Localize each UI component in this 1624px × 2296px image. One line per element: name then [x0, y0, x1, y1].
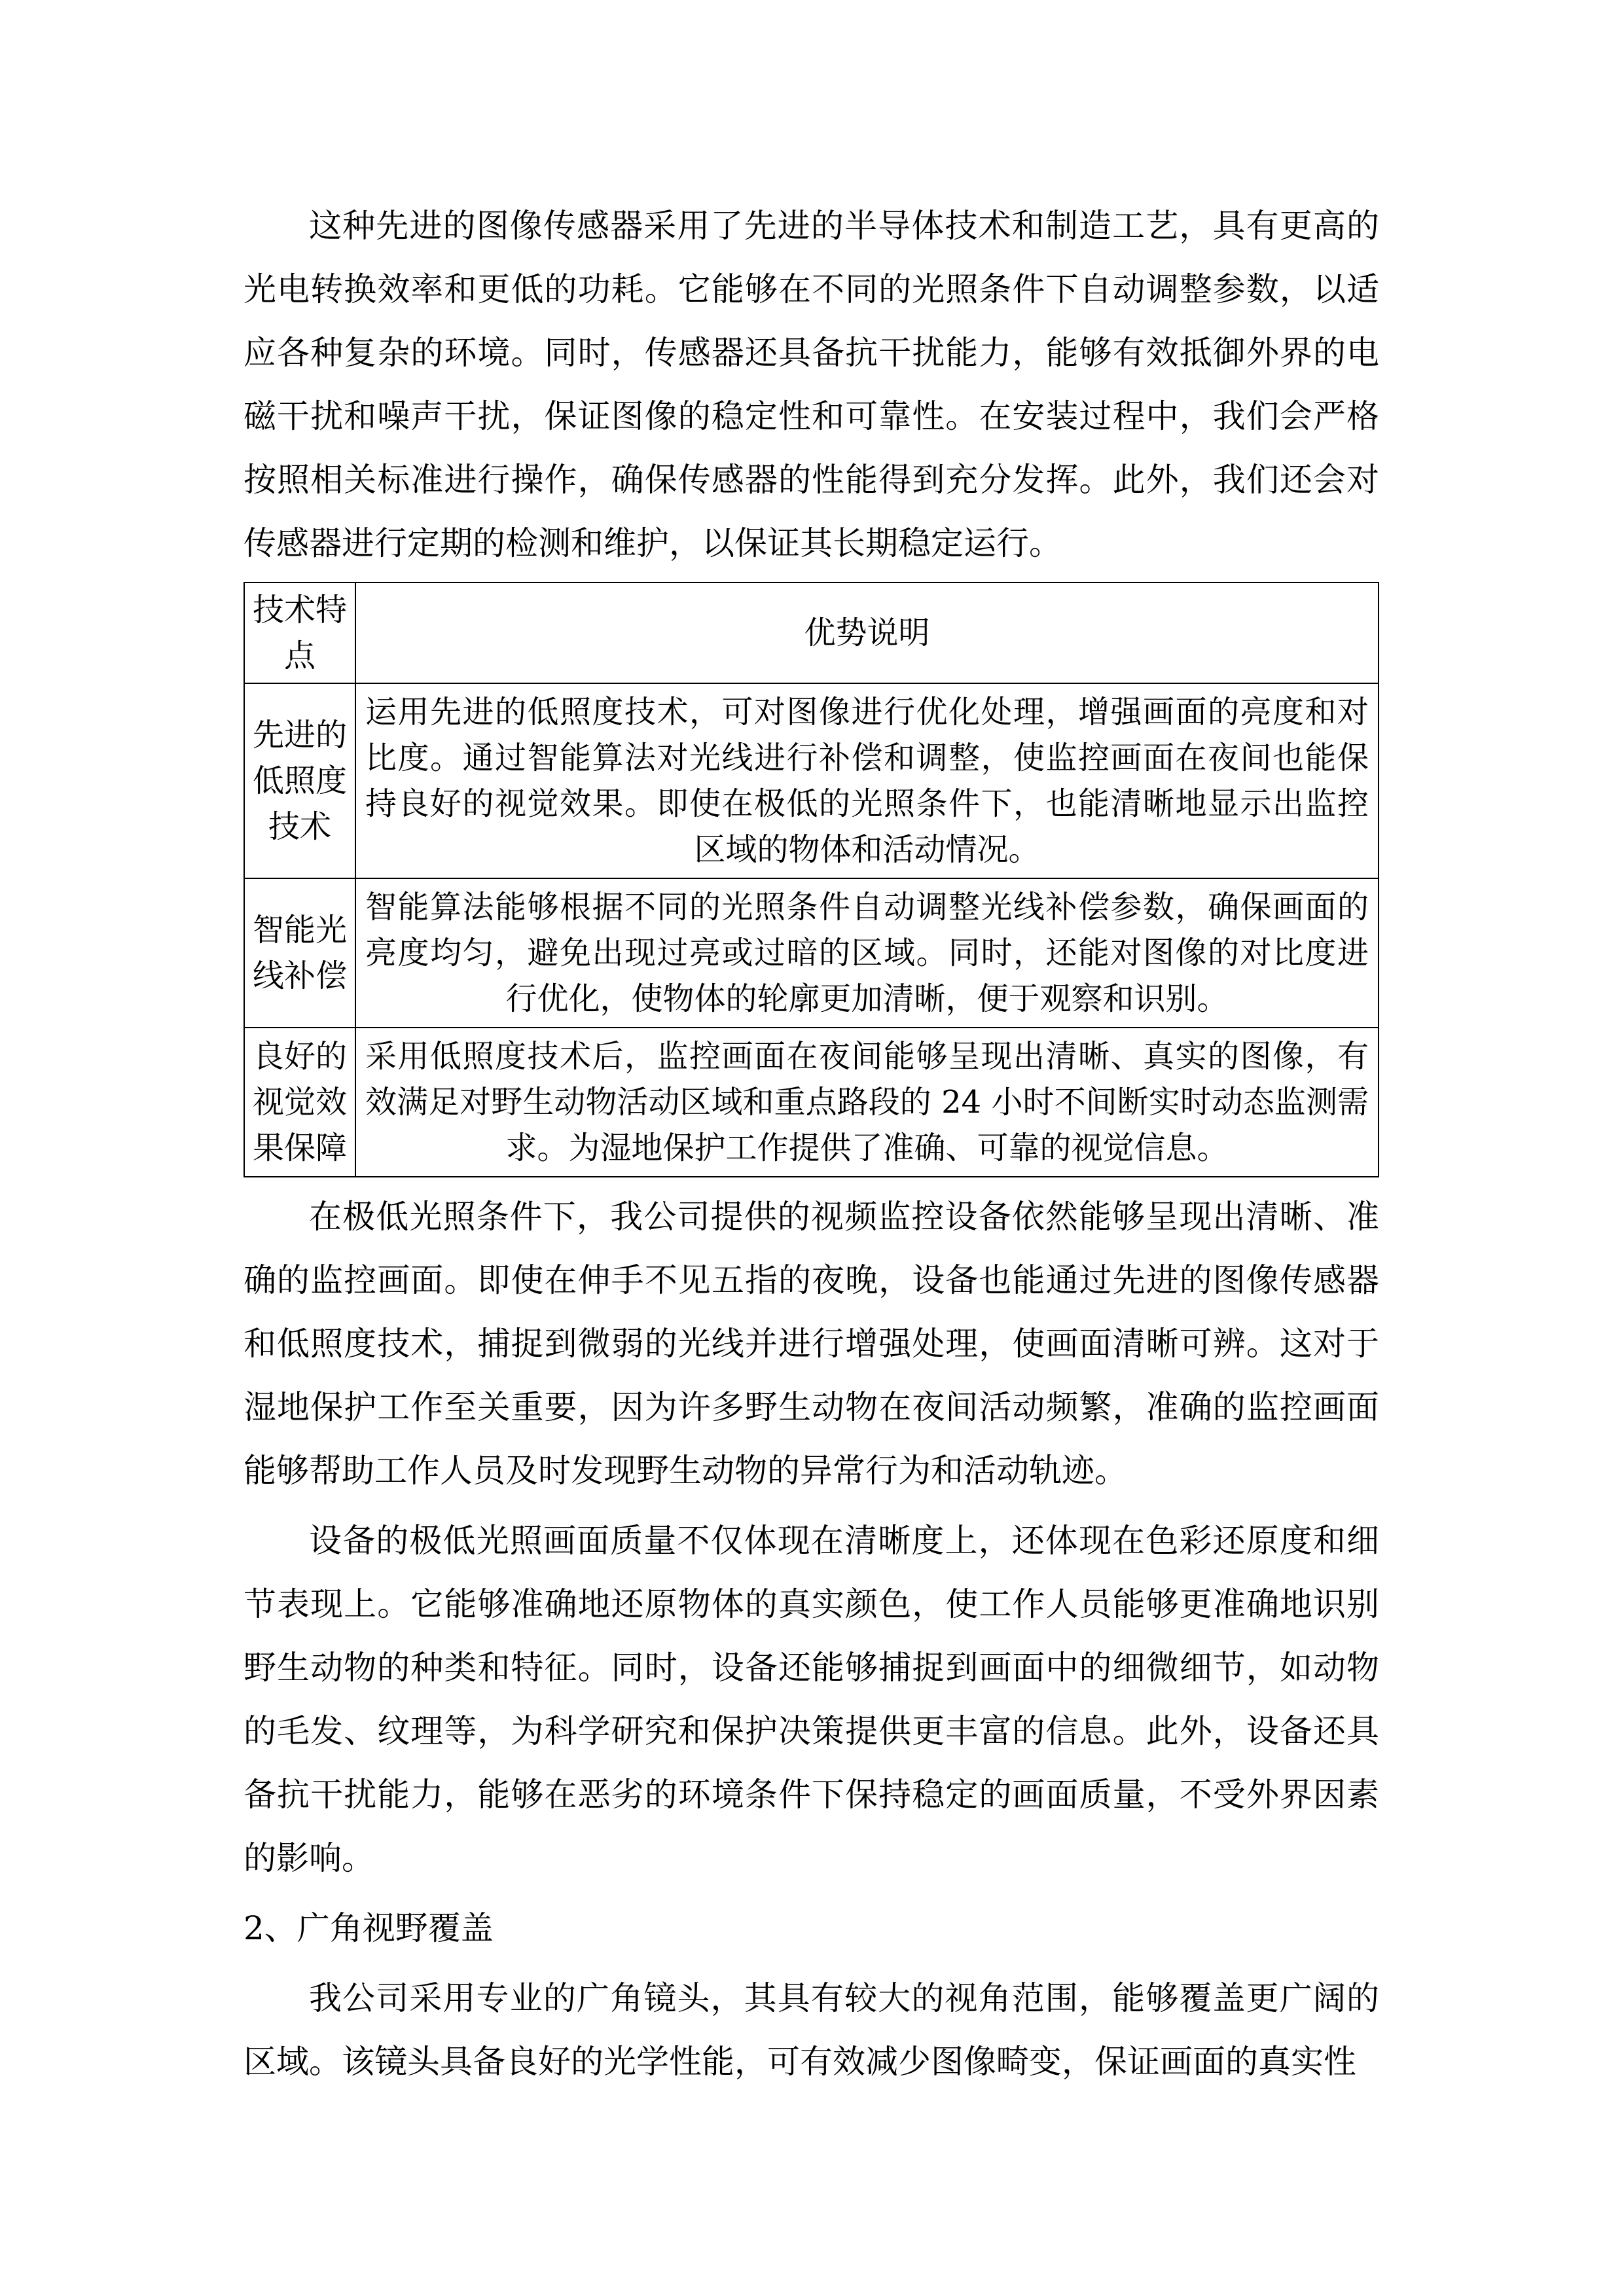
table-header-feature: 技术特点: [244, 583, 355, 683]
table-row: 先进的低照度技术 运用先进的低照度技术，可对图像进行优化处理，增强画面的亮度和对…: [244, 683, 1379, 878]
document-page: 这种先进的图像传感器采用了先进的半导体技术和制造工艺，具有更高的光电转换效率和更…: [244, 194, 1379, 2100]
feature-cell-smart-light-compensation: 智能光线补偿: [244, 878, 355, 1028]
section-heading-wide-angle: 2、广角视野覆盖: [244, 1897, 1379, 1960]
features-advantages-table: 技术特点 优势说明 先进的低照度技术 运用先进的低照度技术，可对图像进行优化处理…: [244, 582, 1379, 1177]
paragraph-low-light-monitoring: 在极低光照条件下，我公司提供的视频监控设备依然能够呈现出清晰、准确的监控画面。即…: [244, 1185, 1379, 1503]
advantage-cell-low-light-tech: 运用先进的低照度技术，可对图像进行优化处理，增强画面的亮度和对比度。通过智能算法…: [355, 683, 1379, 878]
feature-cell-visual-effect-guarantee: 良好的视觉效果保障: [244, 1028, 355, 1177]
paragraph-image-sensor: 这种先进的图像传感器采用了先进的半导体技术和制造工艺，具有更高的光电转换效率和更…: [244, 194, 1379, 575]
table-row: 智能光线补偿 智能算法能够根据不同的光照条件自动调整光线补偿参数，确保画面的亮度…: [244, 878, 1379, 1028]
paragraph-wide-angle-lens: 我公司采用专业的广角镜头，其具有较大的视角范围，能够覆盖更广阔的区域。该镜头具备…: [244, 1967, 1379, 2094]
table-row: 良好的视觉效果保障 采用低照度技术后，监控画面在夜间能够呈现出清晰、真实的图像，…: [244, 1028, 1379, 1177]
advantage-cell-smart-light-compensation: 智能算法能够根据不同的光照条件自动调整光线补偿参数，确保画面的亮度均匀，避免出现…: [355, 878, 1379, 1028]
paragraph-image-quality: 设备的极低光照画面质量不仅体现在清晰度上，还体现在色彩还原度和细节表现上。它能够…: [244, 1509, 1379, 1890]
table-header-advantage: 优势说明: [355, 583, 1379, 683]
table-header-row: 技术特点 优势说明: [244, 583, 1379, 683]
feature-cell-low-light-tech: 先进的低照度技术: [244, 683, 355, 878]
advantage-cell-visual-effect-guarantee: 采用低照度技术后，监控画面在夜间能够呈现出清晰、真实的图像，有效满足对野生动物活…: [355, 1028, 1379, 1177]
